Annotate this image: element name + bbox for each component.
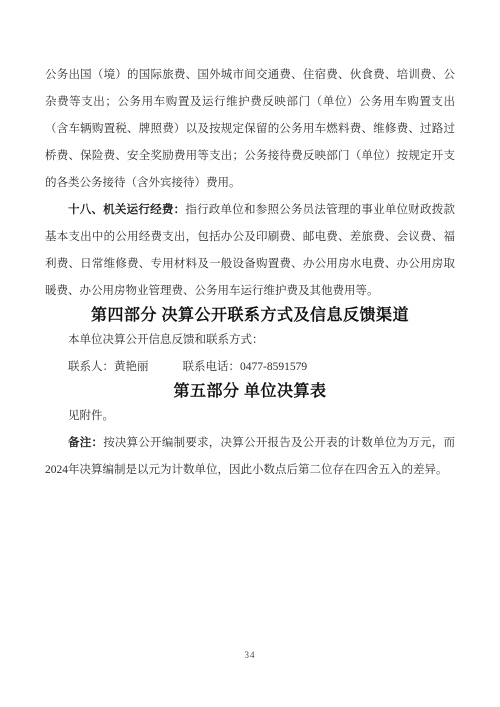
paragraph-three-public-expenses: 公务出国（境）的国际旅费、国外城市间交通费、住宿费、伙食费、培训费、公杂费等支出… — [45, 62, 455, 197]
document-page: 公务出国（境）的国际旅费、国外城市间交通费、住宿费、伙食费、培训费、公杂费等支出… — [0, 0, 500, 707]
contact-person-name: 黄艳丽 — [114, 361, 149, 373]
contact-phone-label: 联系电话： — [183, 361, 241, 373]
note-paragraph: 备注：按决算公开编制要求，决算公开报告及公开表的计数单位为万元，而 2024年决… — [45, 430, 455, 484]
note-text: 按决算公开编制要求，决算公开报告及公开表的计数单位为万元，而 2024年决算编制… — [45, 437, 455, 476]
contact-phone-number: 0477-8591579 — [240, 361, 307, 373]
see-attachment-text: 见附件。 — [45, 403, 455, 430]
page-number: 34 — [0, 650, 500, 660]
note-lead: 备注： — [68, 437, 103, 449]
paragraph-operating-funds: 十八、机关运行经费：指行政单位和参照公务员法管理的事业单位财政拨款基本支出中的公… — [45, 197, 455, 305]
paragraph-operating-funds-text: 指行政单位和参照公务员法管理的事业单位财政拨款基本支出中的公用经费支出，包括办公… — [45, 204, 455, 297]
section4-intro: 本单位决算公开信息反馈和联系方式： — [45, 327, 455, 354]
section5-heading: 第五部分 单位决算表 — [45, 381, 455, 403]
section4-heading: 第四部分 决算公开联系方式及信息反馈渠道 — [45, 305, 455, 327]
contact-line: 联系人：黄艳丽联系电话：0477-8591579 — [45, 354, 455, 381]
contact-person-label: 联系人： — [68, 361, 114, 373]
paragraph-operating-funds-lead: 十八、机关运行经费： — [68, 204, 185, 216]
